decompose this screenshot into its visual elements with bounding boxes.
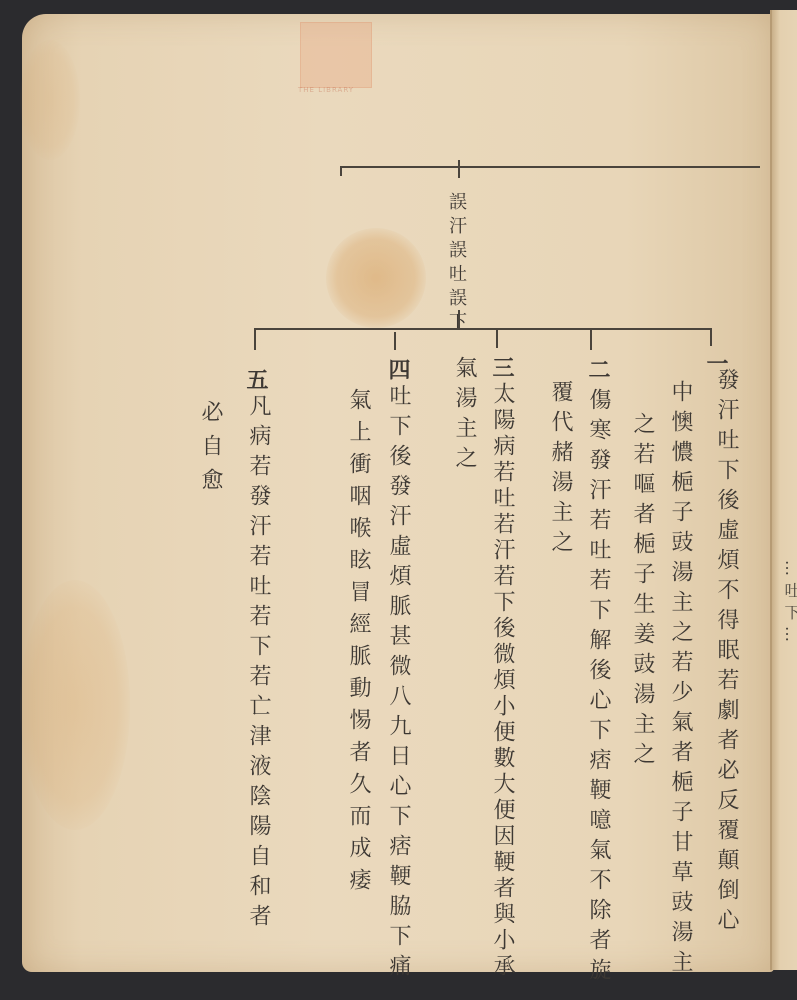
entry-1-line-1: 發汗吐下後虛煩不得眠若劇者必反覆顛倒心 [714,368,738,938]
branch-bracket-line [254,328,712,330]
top-bracket-end-left [340,166,342,176]
entry-2-line-2: 覆代赭湯主之 [548,380,572,560]
entry-1-line-2: 中懊憹梔子豉湯主之若少氣者梔子甘草豉湯主 [668,380,692,980]
facing-page-text-fragment: …吐下… [780,560,797,648]
entry-5-line-2: 必自愈 [198,400,222,502]
branch-tick-5 [254,328,256,350]
water-stain [20,40,80,160]
heading-stem [458,310,460,330]
branch-tick-3 [496,330,498,348]
branch-tick-1 [710,328,712,346]
water-stain [20,580,130,830]
entry-4-line-2: 氣上衝咽喉眩冒經脈動惕者久而成痿 [346,388,370,900]
seal-caption: THE LIBRARY [298,86,354,94]
entry-1-line-3: 之若嘔者梔子生姜豉湯主之 [630,412,654,772]
entry-2-line-1: 傷寒發汗若吐若下解後心下痞鞕噫氣不除者旋 [586,388,610,988]
entry-3-line-2: 氣湯主之 [452,356,476,476]
branch-tick-2 [590,330,592,350]
branch-tick-4 [394,332,396,350]
section-heading: 誤汗誤吐誤下 [444,192,468,336]
entry-3-line-1: 太陽病若吐若汗若下後微煩小便數大便因鞕者與小承 [490,382,514,980]
water-stain [326,228,426,328]
top-bracket-line [340,166,760,168]
scanned-page-view: THE LIBRARY 誤汗誤吐誤下 一 發汗吐下後虛煩不得眠若劇者必反覆顛倒心… [0,0,797,1000]
entry-4-line-1: 吐下後發汗虛煩脈甚微八九日心下痞鞕脇下痛 [386,384,410,984]
library-seal-stamp [300,22,372,88]
entry-2-number: 二 [586,358,610,388]
entry-5-line-1: 凡病若發汗若吐若下若亡津液陰陽自和者 [246,394,270,934]
top-bracket-stem [458,160,460,178]
facing-page-edge [770,10,797,970]
